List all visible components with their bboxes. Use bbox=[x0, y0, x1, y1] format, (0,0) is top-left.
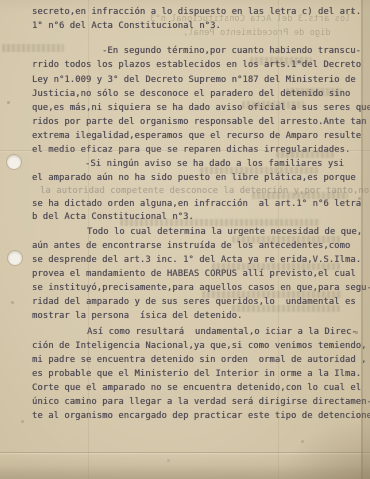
typewritten-line: la autoridad competente desconoce la det… bbox=[40, 186, 369, 196]
typewritten-line: Así como resultará undamental,o iciar a … bbox=[87, 327, 357, 337]
paper-bottom-shade bbox=[0, 455, 370, 479]
typewritten-line: es probable que el Ministerio del Interi… bbox=[32, 369, 361, 379]
typewritten-line: Corte que el amparado no se encuentra de… bbox=[32, 383, 361, 393]
typewritten-line: mi padre se encuentra detenido sin orden… bbox=[32, 355, 367, 365]
paper-specks bbox=[0, 0, 1, 1]
paper-edge-line bbox=[361, 0, 363, 479]
typewritten-line: secreto,en infracción a lo dispuesto en … bbox=[32, 7, 361, 17]
typewritten-line: 1° n°6 del Acta Constitucional n°3. bbox=[32, 21, 221, 31]
bleed-through-smudge bbox=[2, 44, 64, 52]
hole-punch bbox=[7, 155, 21, 169]
paper-fold-right bbox=[278, 0, 279, 479]
hole-punch bbox=[8, 251, 22, 265]
typewritten-line: provea el mandamiento de HABEAS CORPUS a… bbox=[32, 269, 356, 279]
typewritten-line: extrema ilegalidad,esperamos que el recu… bbox=[32, 131, 361, 141]
typewritten-line: el amparado aún no ha sido puesto en lib… bbox=[32, 173, 356, 183]
typewritten-line: -Si ningún aviso se ha dado a los famili… bbox=[85, 159, 344, 169]
typewritten-line: ción de Inteligencia Nacional,ya que,si … bbox=[32, 341, 367, 351]
paper-crease-middle bbox=[0, 150, 370, 151]
typewritten-line: se desprende del art.3 inc. 1° del Acta … bbox=[32, 255, 361, 265]
typewritten-line: se instituyó,precisamente,para aquellos … bbox=[32, 283, 370, 293]
typewritten-line: Ley n°1.009 y 3° del Decreto Supremo n°1… bbox=[32, 75, 356, 85]
typewritten-line: aún antes de encontrarse instruída de lo… bbox=[32, 241, 350, 251]
typewritten-line: b del Acta Constitucional n°3. bbox=[32, 212, 194, 222]
typewritten-line: que,es más,ni siquiera se ha dado aviso … bbox=[32, 103, 370, 113]
typewritten-line: ridad del amparado y de sus seres querid… bbox=[32, 297, 356, 307]
scanned-document-page: los arts.3 del Acta Constitucional n°3di… bbox=[0, 0, 370, 479]
paper-edge-strip bbox=[363, 0, 370, 479]
paper-fold-left bbox=[88, 0, 89, 479]
typewritten-line: rrido todos los plazos establecidos en l… bbox=[32, 60, 361, 70]
typewritten-line: ridos por parte del organismo responsabl… bbox=[32, 117, 367, 127]
typewritten-line: se ha dictado orden alguna,en infracción… bbox=[32, 199, 361, 209]
typewritten-line: mostrar la persona ísica del detenido. bbox=[32, 311, 242, 321]
typewritten-line: Todo lo cual determina la urgente necesi… bbox=[87, 227, 362, 237]
typewritten-line: -En segundo término,por cuanto habiendo … bbox=[102, 46, 361, 56]
typewritten-line: Justicia,no sólo se desconoce el parader… bbox=[32, 89, 350, 99]
typewritten-line: único camino para llegar a la verdad ser… bbox=[32, 397, 370, 407]
